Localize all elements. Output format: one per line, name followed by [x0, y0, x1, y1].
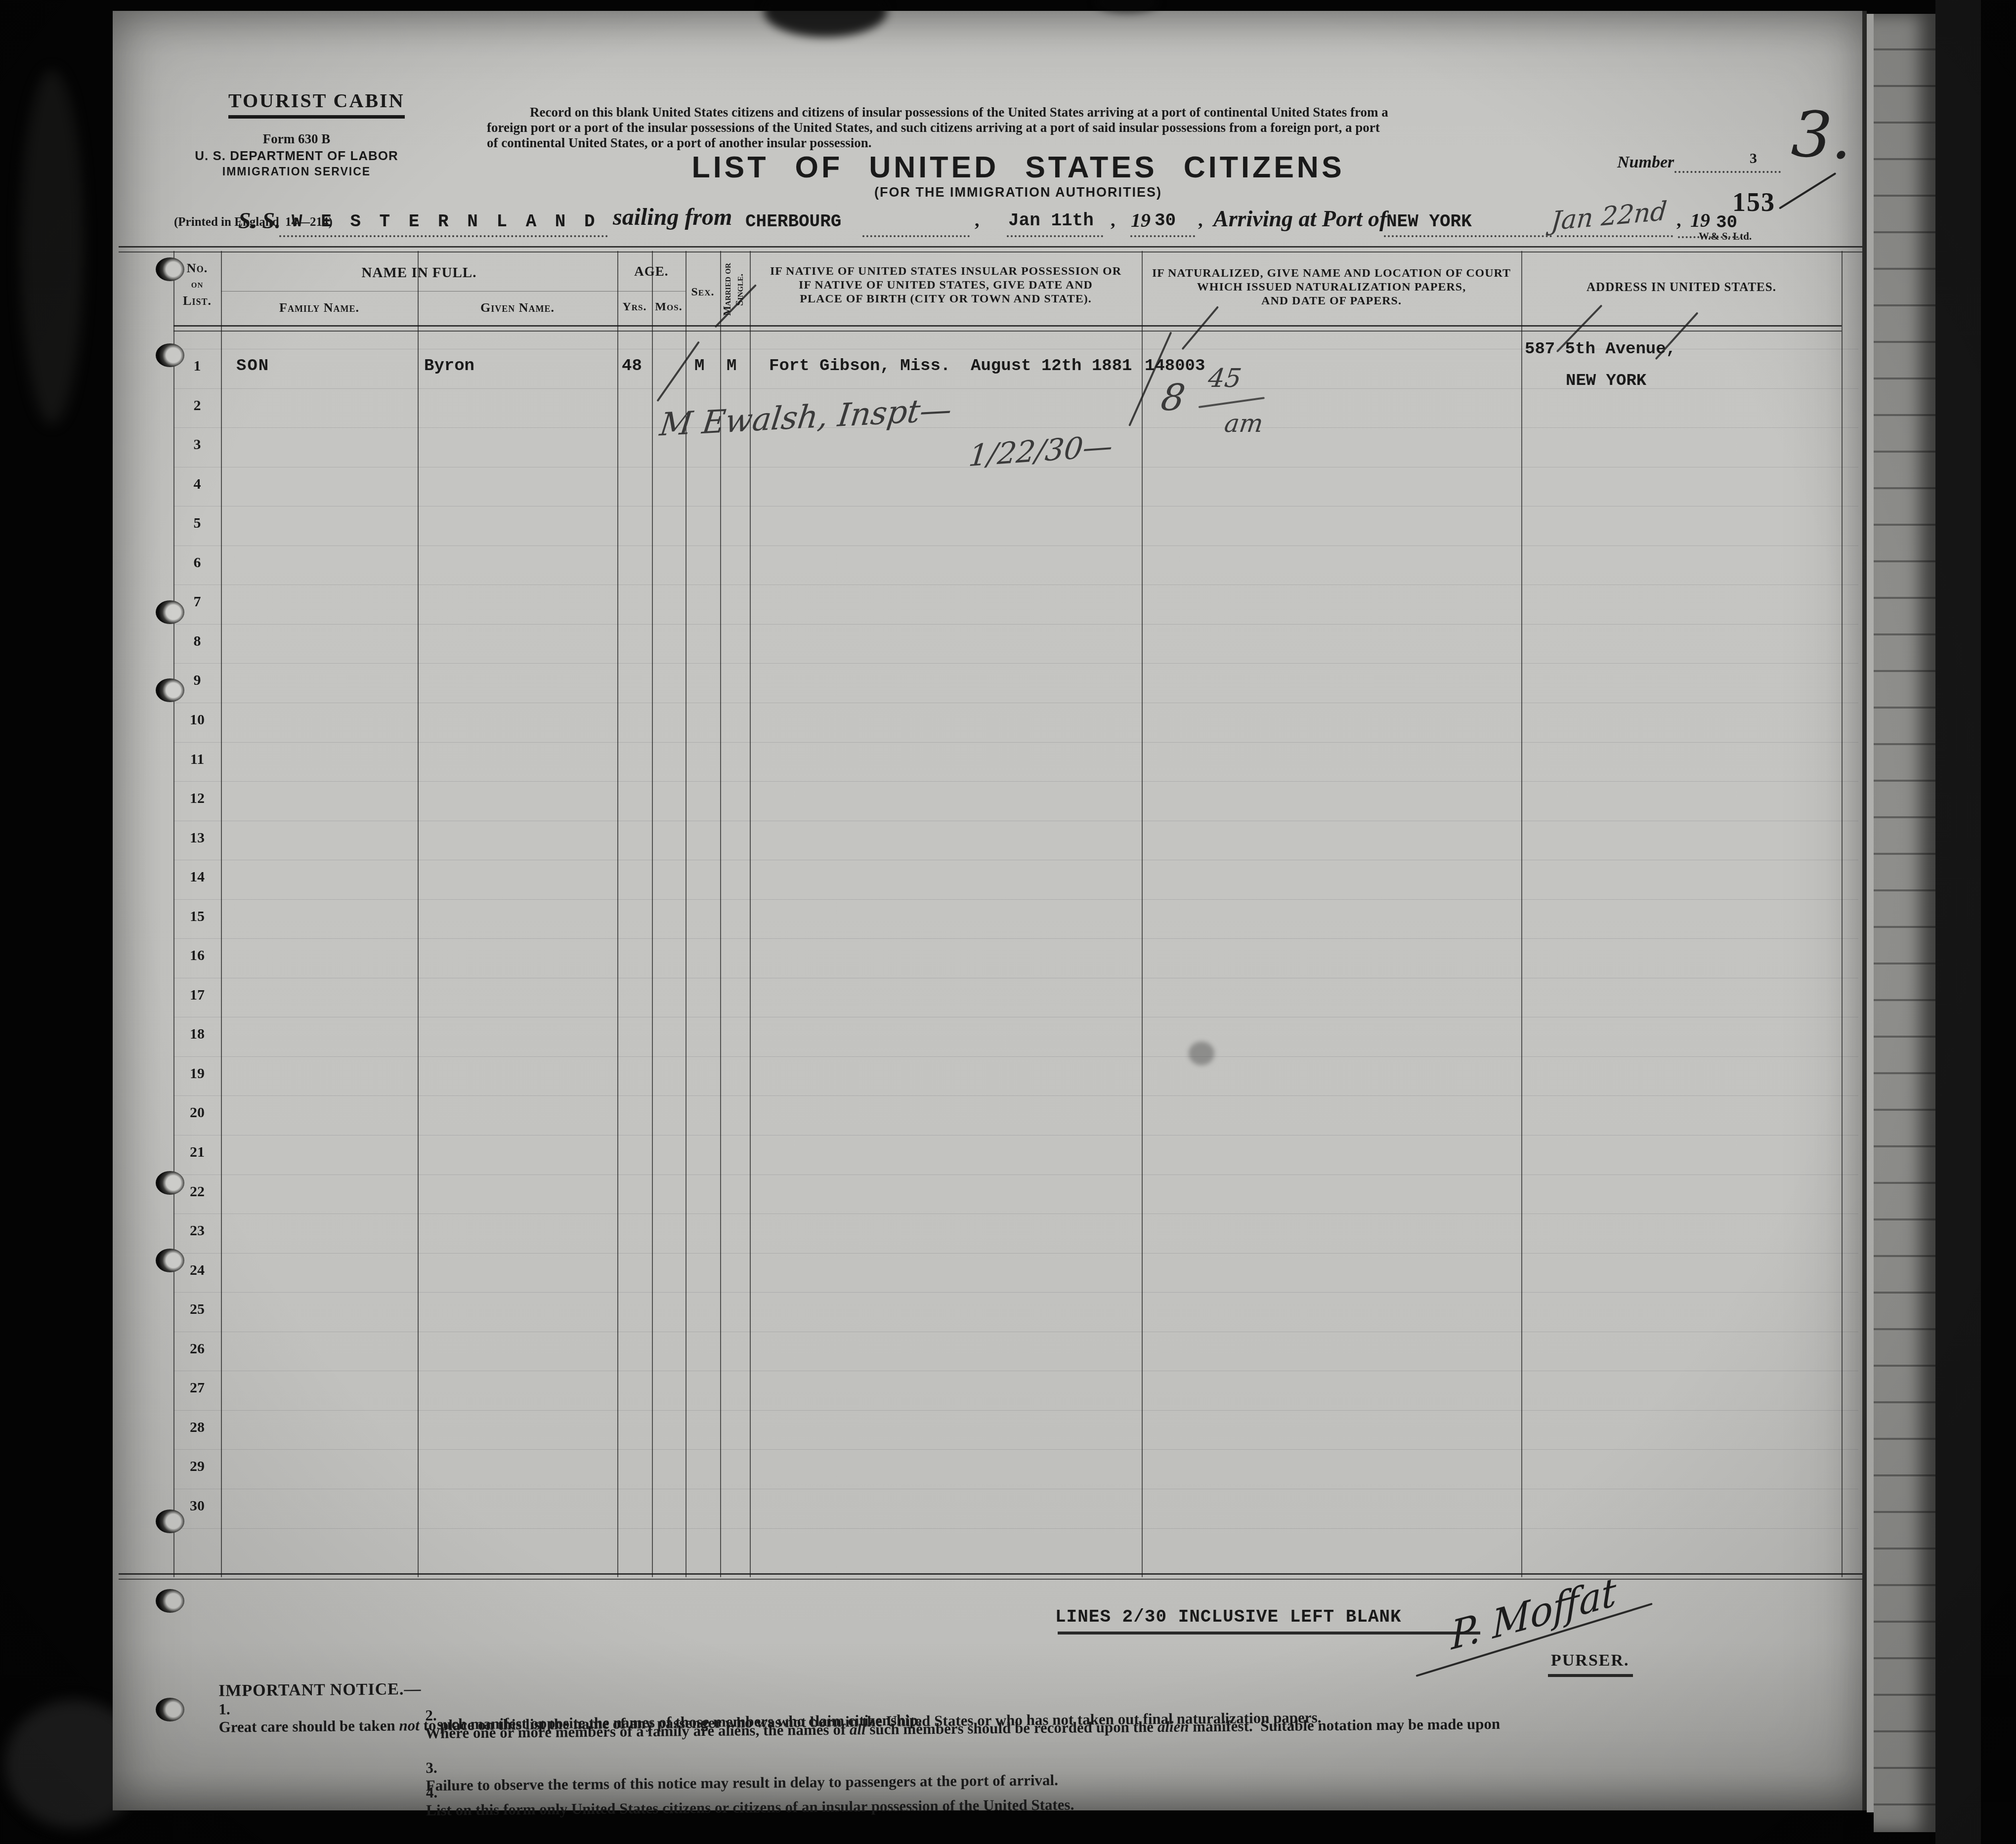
rule-below-header	[173, 325, 1842, 332]
col-header-no: List.	[173, 293, 221, 308]
ledger-line	[173, 1095, 1858, 1096]
row-number: 15	[173, 908, 221, 925]
ledger-line	[173, 1056, 1858, 1057]
row-number: 17	[173, 987, 221, 1004]
col-line	[617, 251, 618, 1577]
number-handwritten: 3.	[1790, 97, 1854, 174]
row1-sex: M	[694, 357, 704, 376]
ledger-line	[173, 1017, 1858, 1017]
row-number: 20	[173, 1104, 221, 1121]
notice-intro: IMPORTANT NOTICE.—	[218, 1680, 422, 1700]
page-edge-shadow	[1862, 11, 1867, 1810]
ledger-line	[173, 1332, 1858, 1332]
col-header-naturalization: AND DATE OF PAPERS.	[1142, 294, 1521, 308]
sailing-date-line	[1007, 233, 1103, 237]
sailing-year-line	[1130, 233, 1195, 237]
row-number: 28	[173, 1419, 221, 1436]
row-number: 5	[173, 515, 221, 532]
ledger-line	[173, 978, 1858, 978]
number-dotted-line	[1674, 169, 1781, 173]
ledger-line	[173, 1528, 1858, 1529]
ship-name-line	[279, 233, 608, 237]
row-number: 8	[173, 633, 221, 650]
name-age-subdivider	[221, 291, 686, 292]
col-header-family: Family Name.	[221, 300, 418, 315]
ledger-line	[173, 703, 1858, 703]
page-stack-edge	[1874, 14, 1935, 1832]
col-header-naturalization: WHICH ISSUED NATURALIZATION PAPERS,	[1142, 281, 1521, 294]
time-min-annotation: 45	[1206, 364, 1244, 393]
binder-hole	[156, 1589, 184, 1613]
col-line	[750, 251, 751, 1577]
notice-4-text: List on this form only United States cit…	[426, 1796, 1074, 1818]
col-line	[418, 251, 419, 1577]
col-header-married: Married or Single.	[721, 256, 749, 323]
binder-hole	[156, 1171, 184, 1195]
row-number: 12	[173, 790, 221, 807]
ledger-line	[173, 1449, 1858, 1450]
number-value: 3	[1750, 150, 1757, 167]
binder-hole	[156, 343, 184, 367]
col-line	[720, 251, 721, 1577]
instructions-line1: Record on this blank United States citiz…	[530, 105, 1388, 120]
form-subtitle: (FOR THE IMMIGRATION AUTHORITIES)	[633, 185, 1404, 200]
sailing-year: 30	[1155, 210, 1176, 231]
purser-title: PURSER.	[1551, 1651, 1630, 1670]
ledger-line	[173, 781, 1858, 782]
ledger-line	[173, 624, 1858, 625]
lines-blank-underline	[1058, 1632, 1480, 1634]
comma: ,	[1111, 210, 1115, 231]
row-number: 11	[173, 751, 221, 768]
row1-married: M	[727, 357, 736, 376]
notice-2-emphasis: alien	[1158, 1718, 1189, 1735]
ledger-line	[173, 1214, 1858, 1214]
purser-underline	[1548, 1674, 1633, 1677]
row-number: 4	[173, 476, 221, 493]
departure-line	[862, 233, 970, 237]
row-number: 14	[173, 869, 221, 885]
comma: ,	[1676, 210, 1681, 231]
row-number: 29	[173, 1458, 221, 1475]
microfilm-scan: TOURIST CABIN Form 630 B U. S. DEPARTMEN…	[0, 0, 2016, 1844]
col-header-name: NAME IN FULL.	[221, 265, 617, 281]
col-header-birth: IF NATIVE OF UNITED STATES, GIVE DATE AN…	[750, 279, 1142, 292]
ss-label: S. S.	[238, 208, 281, 234]
notice-line-5: 4. List on this form only United States …	[403, 1760, 1074, 1837]
row-number: 27	[173, 1380, 221, 1396]
col-header-address: ADDRESS IN UNITED STATES.	[1521, 281, 1842, 294]
instructions-line3: of continental United States, or a port …	[487, 135, 872, 151]
row-number: 13	[173, 830, 221, 846]
col-line	[652, 251, 653, 1577]
arrival-port-line	[1384, 233, 1552, 237]
comma: ,	[975, 210, 980, 231]
ledger-line	[173, 1410, 1858, 1411]
ledger-line	[173, 821, 1858, 821]
comma: ,	[1198, 210, 1203, 231]
binder-hole	[156, 1249, 184, 1272]
department-label: U. S. DEPARTMENT OF LABOR	[188, 148, 405, 164]
time-ampm-annotation: am	[1223, 409, 1265, 438]
notice-1-text: Great care should be taken	[219, 1717, 399, 1735]
row-number: 3	[173, 436, 221, 453]
film-smudge	[20, 69, 84, 425]
ledger-line	[173, 1292, 1858, 1293]
row1-address-line2: NEW YORK	[1566, 372, 1646, 390]
col-line	[221, 251, 222, 1577]
col-header-birth: PLACE OF BIRTH (CITY OR TOWN AND STATE).	[750, 293, 1142, 306]
rule-above-header	[119, 246, 1862, 252]
row-number: 16	[173, 947, 221, 964]
arriving-label: Arriving at Port of	[1213, 206, 1387, 232]
ledger-line	[173, 1174, 1858, 1175]
row1-birth: Fort Gibson, Miss. August 12th 1881	[769, 357, 1132, 376]
ledger-line	[173, 938, 1858, 939]
col-header-given: Given Name.	[418, 300, 617, 315]
service-label: IMMIGRATION SERVICE	[188, 165, 405, 178]
notice-1-number: 1.	[218, 1700, 230, 1718]
arrival-date-line	[1557, 233, 1673, 237]
page-stamp: 153	[1732, 187, 1775, 217]
binder-hole	[156, 600, 184, 624]
row1-age-yrs: 48	[622, 357, 642, 376]
row-number: 6	[173, 554, 221, 571]
ledger-line	[173, 427, 1858, 428]
ledger-line	[173, 1135, 1858, 1135]
arrival-year-prefix: 19	[1690, 209, 1710, 232]
ledger-line	[173, 899, 1858, 900]
row-number: 23	[173, 1222, 221, 1239]
row1-family-name: SON	[236, 357, 269, 376]
row-number: 25	[173, 1301, 221, 1318]
ledger-line	[173, 1489, 1858, 1489]
ledger-line	[173, 1371, 1858, 1371]
arrival-year: 30	[1716, 212, 1737, 233]
sailing-from-label: sailing from	[613, 204, 732, 231]
ledger-line	[173, 1253, 1858, 1254]
ledger-line	[173, 506, 1858, 506]
instructions-line2: foreign port or a port of the insular po…	[487, 120, 1380, 135]
row-number: 19	[173, 1065, 221, 1082]
row-number: 18	[173, 1026, 221, 1043]
binder-hole	[156, 1509, 184, 1533]
row-number: 26	[173, 1341, 221, 1357]
ledger-line	[173, 663, 1858, 664]
binder-hole	[156, 678, 184, 702]
form-title: LIST OF UNITED STATES CITIZENS	[633, 150, 1404, 184]
arrival-year-line	[1678, 234, 1742, 238]
form-number: Form 630 B	[203, 131, 390, 147]
col-header-yrs: Yrs.	[617, 300, 652, 314]
col-line	[686, 251, 686, 1577]
col-line	[1521, 251, 1522, 1577]
ship-name: W E S T E R N L A N D	[292, 211, 599, 232]
col-header-naturalization: IF NATURALIZED, GIVE NAME AND LOCATION O…	[1142, 267, 1521, 280]
ledger-line	[173, 545, 1858, 546]
pencil-smudge	[1189, 1042, 1214, 1065]
col-header-mos: Mos.	[652, 300, 686, 314]
sailing-year-prefix: 19	[1131, 209, 1151, 232]
row-number: 30	[173, 1498, 221, 1514]
ledger-line	[173, 585, 1858, 585]
table-border-right	[1842, 251, 1843, 1577]
row-number: 10	[173, 712, 221, 728]
col-line	[1142, 251, 1143, 1577]
row1-address-line1: 587 5th Avenue,	[1525, 340, 1676, 359]
page-edge-highlight	[1867, 14, 1874, 1812]
row-number: 21	[173, 1144, 221, 1161]
arrival-port: NEW YORK	[1386, 211, 1472, 232]
col-header-sex: Sex.	[686, 286, 720, 299]
col-header-age: AGE.	[617, 264, 686, 279]
notice-4-number: 4.	[426, 1784, 438, 1801]
col-header-birth: IF NATIVE OF UNITED STATES INSULAR POSSE…	[750, 265, 1142, 278]
ledger-line	[173, 742, 1858, 743]
binder-hole	[156, 1698, 184, 1721]
sailing-date: Jan 11th	[1008, 210, 1094, 231]
col-header-no: on	[173, 278, 221, 291]
film-dark-strip	[1935, 0, 1981, 1844]
row-number: 2	[173, 397, 221, 414]
binder-hole	[156, 257, 184, 281]
cabin-class-label: TOURIST CABIN	[228, 89, 405, 119]
notice-2-number: 2.	[425, 1707, 437, 1724]
notice-2-text: manifest. Suitable notation may be made …	[1189, 1715, 1500, 1735]
ledger-line	[173, 860, 1858, 860]
number-label: Number	[1617, 153, 1674, 172]
departure-port: CHERBOURG	[745, 211, 841, 232]
lines-blank-note: LINES 2/30 INCLUSIVE LEFT BLANK	[1055, 1607, 1402, 1627]
row1-given-name: Byron	[424, 357, 474, 376]
